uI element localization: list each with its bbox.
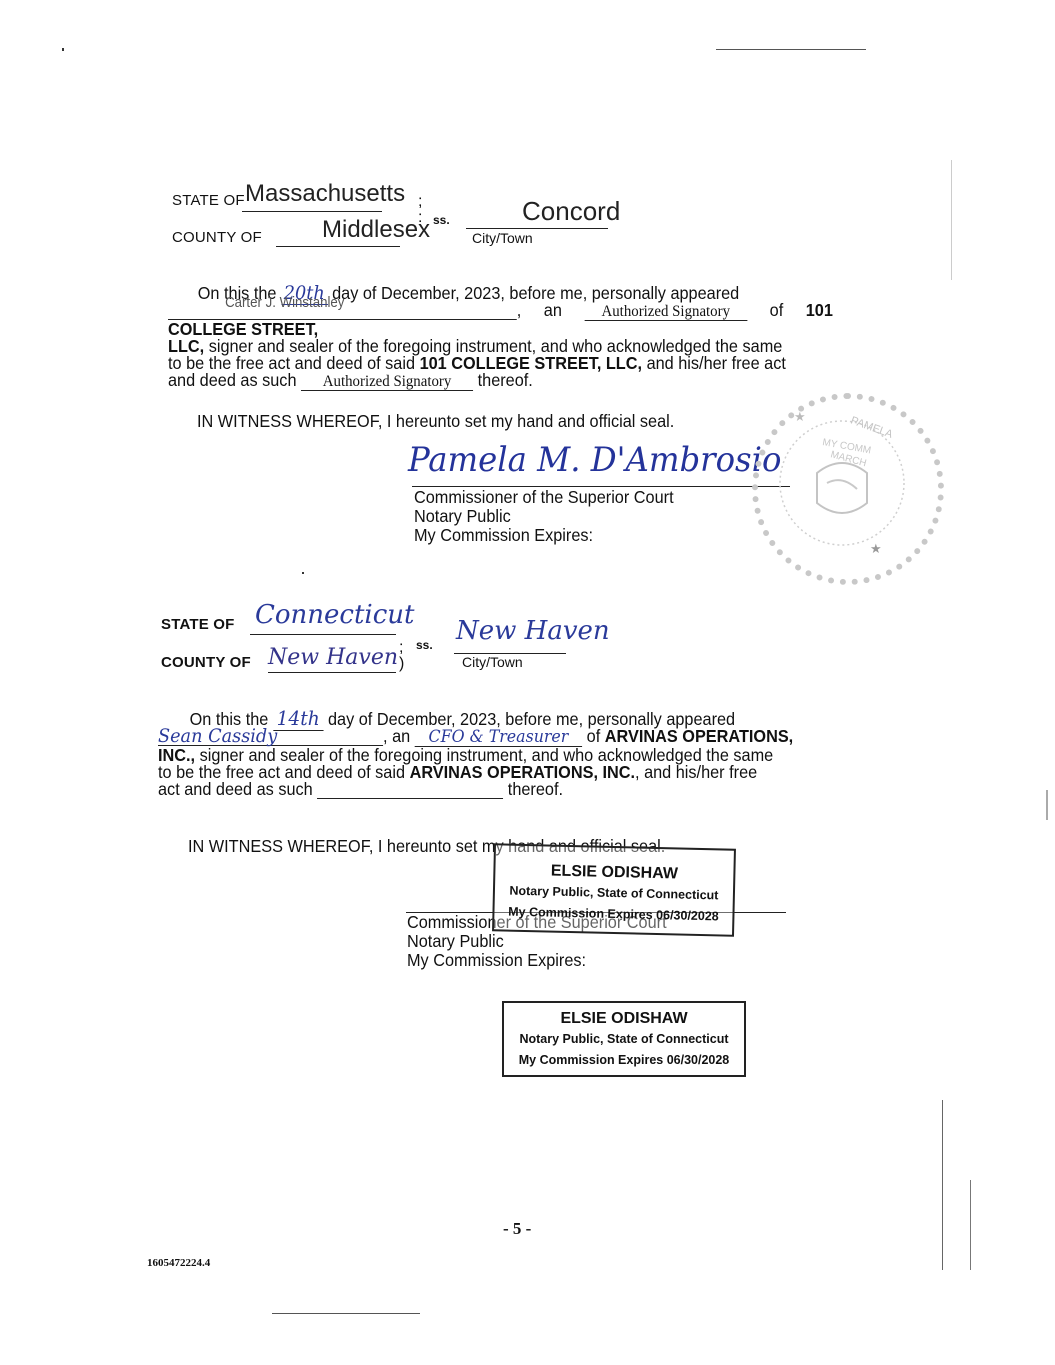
svg-text:★: ★: [794, 410, 806, 425]
document-id: 1605472224.4: [147, 1257, 210, 1269]
ss-label: ss.: [416, 638, 433, 652]
signer-title-block: Commissioner of the Superior Court Notar…: [414, 488, 674, 545]
scan-speck: [62, 48, 64, 51]
scan-margin-mark: [970, 1180, 971, 1270]
scan-margin-mark: [951, 160, 952, 280]
page-number: - 5 -: [503, 1219, 531, 1239]
capacity-title-blank: [317, 781, 503, 799]
acknowledgment-paragraph: On this the 14th day of December, 2023, …: [158, 710, 832, 799]
scan-line-top: [716, 49, 866, 50]
appearer-title: CFO & Treasurer: [415, 729, 582, 747]
brace-dots: ;:: [418, 194, 422, 226]
appearer-title: Authorized Signatory: [584, 303, 747, 321]
city-label: City/Town: [462, 654, 523, 670]
notary-seal: ★ ★ PAMELA MY COMM MARCH: [752, 393, 944, 585]
scan-speck: [302, 572, 304, 574]
state-underline: [250, 634, 396, 635]
witness-clause: IN WITNESS WHEREOF, I hereunto set my ha…: [197, 411, 674, 432]
county-underline: [276, 246, 400, 247]
county-label: COUNTY OF: [161, 654, 251, 671]
county-underline: [268, 672, 396, 673]
capacity-title: Authorized Signatory: [301, 373, 473, 391]
state-underline: [242, 211, 382, 212]
state-value: Connecticut: [255, 600, 415, 630]
county-value: New Haven: [268, 645, 398, 670]
notary-stamp-overlap: ELSIE ODISHAW Notary Public, State of Co…: [492, 843, 736, 936]
state-label: STATE OF: [161, 616, 235, 633]
notary-signature: Pamela M. D'Ambrosio: [408, 440, 781, 480]
city-label: City/Town: [472, 230, 533, 246]
acknowledgment-paragraph: On this the 20th day of December, 2023, …: [168, 285, 833, 391]
appearer-name-blank: [168, 302, 517, 320]
city-underline: [466, 228, 608, 229]
brace-dots: ;): [399, 640, 404, 672]
ss-label: ss.: [433, 213, 450, 227]
scan-margin-mark: [942, 1100, 943, 1270]
appearer-name: Sean Cassidy: [158, 728, 383, 746]
state-label: STATE OF: [172, 192, 245, 209]
county-label: COUNTY OF: [172, 229, 262, 246]
state-value: Massachusetts: [245, 180, 405, 208]
city-value: Concord: [522, 196, 620, 227]
city-value: New Haven: [456, 616, 610, 646]
scan-line-bottom: [272, 1313, 420, 1314]
notary-stamp: ELSIE ODISHAW Notary Public, State of Co…: [502, 1001, 746, 1077]
county-value: Middlesex: [322, 216, 430, 244]
svg-text:★: ★: [870, 542, 882, 557]
svg-text:PAMELA: PAMELA: [849, 415, 895, 441]
scan-margin-mark: [1046, 790, 1048, 820]
